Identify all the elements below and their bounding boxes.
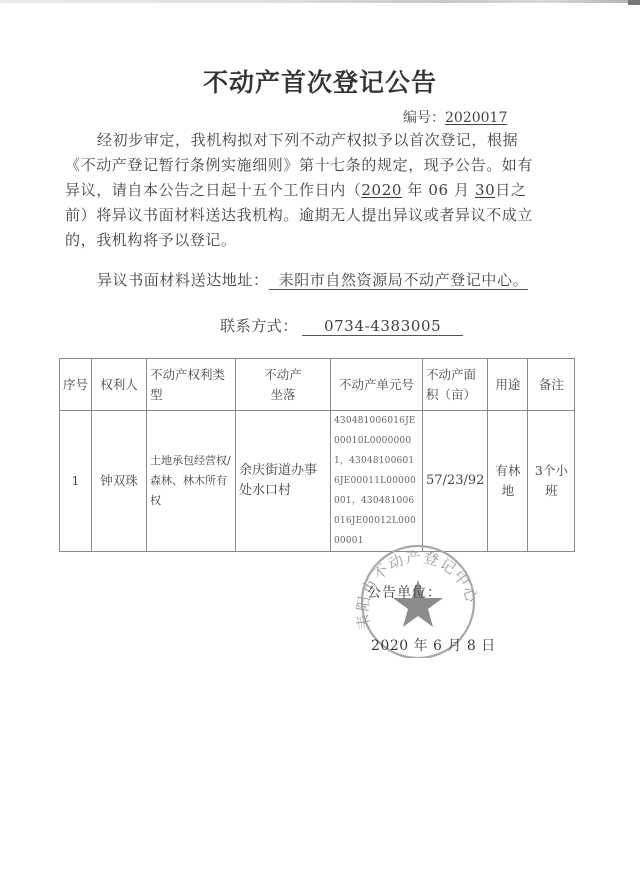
issue-date: 2020 年 6 月 8 日 [371,635,496,655]
contact-phone: 0734-4383005 [302,317,463,336]
header-right-type: 不动产权利类型 [147,359,236,411]
header-owner: 权利人 [92,359,147,411]
objection-address-value: 耒阳市自然资源局不动产登记中心。 [269,271,529,290]
document-number-value: 2020017 [445,110,507,126]
announcement-paragraph: 经初步审定，我机构拟对下列不动产权拟予以首次登记，根据《不动产登记暂行条例实施细… [65,128,545,253]
table-header-row: 序号 权利人 不动产权利类型 不动产 坐落 不动产单元号 不动产面积（亩） 用途… [60,359,575,411]
contact-label: 联系方式： [220,317,298,335]
header-remark: 备注 [528,359,575,411]
header-unit-number: 不动产单元号 [331,359,423,411]
year-unit: 年 [402,181,428,199]
document-number: 编号：2020017 [403,107,507,127]
table-row: 1 钟双珠 土地承包经营权/森林、林木所有权 余庆街道办事处水口村 430481… [60,411,575,552]
header-location: 不动产 坐落 [236,359,331,411]
cell-usage: 有林地 [488,411,528,552]
deadline-day: 30 [475,181,495,199]
scan-corner-mark [628,0,640,5]
property-table: 序号 权利人 不动产权利类型 不动产 坐落 不动产单元号 不动产面积（亩） 用途… [59,358,575,552]
objection-address-paragraph: 异议书面材料送达地址：耒阳市自然资源局不动产登记中心。 [65,268,545,293]
cell-owner: 钟双珠 [92,411,147,552]
document-title: 不动产首次登记公告 [0,63,640,99]
deadline-month: 06 [428,181,448,199]
scan-edge [0,0,640,3]
document-number-label: 编号： [403,110,445,126]
header-area: 不动产面积（亩） [423,359,488,411]
header-index: 序号 [60,359,92,411]
objection-address-label: 异议书面材料送达地址： [97,271,269,289]
contact-line: 联系方式：0734-4383005 [220,315,463,336]
cell-remark: 3个小班 [528,411,575,552]
cell-right-type: 土地承包经营权/森林、林木所有权 [147,411,236,552]
deadline-year: 2020 [361,181,402,199]
month-unit: 月 [449,181,475,199]
cell-location: 余庆街道办事处水口村 [236,411,331,552]
cell-unit-numbers: 430481006016JE00010L00000001，43048100601… [331,411,423,552]
header-usage: 用途 [488,359,528,411]
issuer-label: 公告单位： [367,582,442,602]
cell-area: 57/23/92 [423,411,488,552]
cell-index: 1 [60,411,92,552]
